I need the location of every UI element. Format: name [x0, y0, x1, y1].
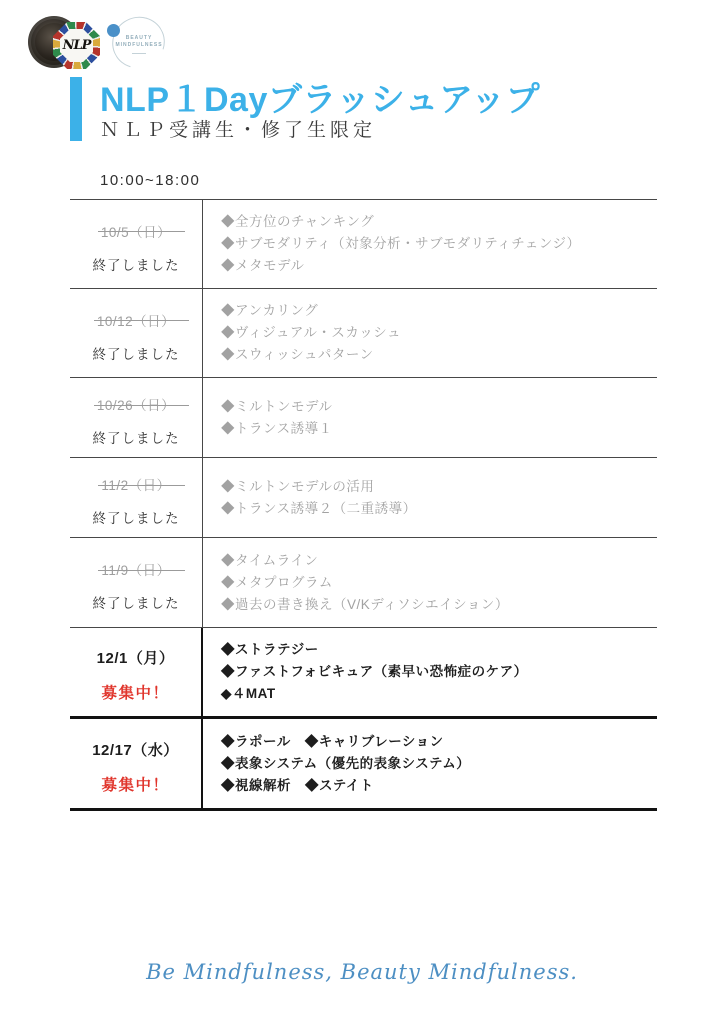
topic-line: ◆タイムライン	[221, 550, 651, 572]
row-status: 募集中！	[101, 773, 169, 795]
row-date: 12/1（月）	[97, 647, 175, 668]
title-accent-bar	[70, 77, 82, 141]
row-topics: ◆ミルトンモデル◆トランス誘導１	[203, 378, 657, 457]
topic-line: ◆メタモデル	[221, 255, 651, 277]
row-topics: ◆ストラテジー◆ファストフォビキュア（素早い恐怖症のケア）◆４MAT	[203, 628, 657, 716]
topic-line: ◆アンカリング	[221, 300, 651, 322]
topic-line: ◆スウィッシュパターン	[221, 344, 651, 366]
topic-line: ◆メタプログラム	[221, 572, 651, 594]
circle-logo-text: BEAUTY MINDFULNESS	[108, 35, 170, 54]
topic-line: ◆トランス誘導２（二重誘導）	[221, 498, 651, 520]
topic-line: ◆ラポール ◆キャリブレーション	[221, 731, 651, 753]
circle-logo-line1: BEAUTY	[108, 35, 170, 42]
row-status: 募集中！	[101, 681, 169, 703]
circle-logo-divider	[132, 53, 146, 54]
row-date: 12/17（水）	[92, 739, 179, 760]
date-cell: 11/2（日） 終了しました	[70, 458, 203, 537]
page-subtitle: ＮＬＰ受講生・修了生限定	[100, 115, 376, 142]
row-status: 終了しました	[93, 254, 180, 274]
table-row: 11/2（日） 終了しました ◆ミルトンモデルの活用◆トランス誘導２（二重誘導）	[70, 458, 657, 538]
topic-line: ◆ミルトンモデルの活用	[221, 476, 651, 498]
topic-line: ◆トランス誘導１	[221, 418, 651, 440]
topic-line: ◆ヴィジュアル・スカッシュ	[221, 322, 651, 344]
row-date: 11/2（日）	[101, 474, 170, 494]
row-status: 終了しました	[93, 343, 180, 363]
table-row: 10/26（日） 終了しました ◆ミルトンモデル◆トランス誘導１	[70, 378, 657, 458]
row-date: 10/26（日）	[97, 394, 175, 414]
row-date: 11/9（日）	[101, 559, 170, 579]
topic-line: ◆ストラテジー	[221, 639, 651, 661]
topic-line: ◆表象システム（優先的表象システム）	[221, 753, 651, 775]
row-topics: ◆ミルトンモデルの活用◆トランス誘導２（二重誘導）	[203, 458, 657, 537]
nlp-monogram: NLP	[60, 29, 93, 62]
time-range: 10:00~18:00	[100, 172, 200, 189]
topic-line: ◆ミルトンモデル	[221, 396, 651, 418]
row-topics: ◆タイムライン◆メタプログラム◆過去の書き換え（V/Kディソシエイション）	[203, 538, 657, 627]
topic-line: ◆視線解析 ◆ステイト	[221, 775, 651, 797]
row-topics: ◆全方位のチャンキング◆サブモダリティ（対象分析・サブモダリティチェンジ）◆メタ…	[203, 200, 657, 288]
page-title: NLP１Dayブラッシュアップ	[100, 72, 540, 121]
row-date: 10/12（日）	[97, 310, 175, 330]
schedule-table: 10/5（日） 終了しました ◆全方位のチャンキング◆サブモダリティ（対象分析・…	[70, 199, 657, 811]
flyer-page: NLP BEAUTY MINDFULNESS NLP１Dayブラッシュアップ Ｎ…	[0, 0, 724, 1024]
row-topics: ◆ラポール ◆キャリブレーション◆表象システム（優先的表象システム）◆視線解析 …	[203, 719, 657, 808]
beauty-mindfulness-logo: BEAUTY MINDFULNESS	[107, 17, 173, 73]
nlp-association-logo: NLP	[28, 13, 104, 73]
circle-logo-line2: MINDFULNESS	[108, 42, 170, 49]
topic-line: ◆全方位のチャンキング	[221, 211, 651, 233]
date-cell: 11/9（日） 終了しました	[70, 538, 203, 627]
table-row: 11/9（日） 終了しました ◆タイムライン◆メタプログラム◆過去の書き換え（V…	[70, 538, 657, 628]
row-topics: ◆アンカリング◆ヴィジュアル・スカッシュ◆スウィッシュパターン	[203, 289, 657, 377]
date-cell: 10/5（日） 終了しました	[70, 200, 203, 288]
row-status: 終了しました	[93, 427, 180, 447]
table-row: 10/12（日） 終了しました ◆アンカリング◆ヴィジュアル・スカッシュ◆スウィ…	[70, 289, 657, 378]
topic-line: ◆４MAT	[221, 683, 651, 705]
row-status: 終了しました	[93, 592, 180, 612]
date-cell: 12/17（水） 募集中！	[70, 719, 203, 808]
table-row: 10/5（日） 終了しました ◆全方位のチャンキング◆サブモダリティ（対象分析・…	[70, 200, 657, 289]
row-status: 終了しました	[93, 507, 180, 527]
topic-line: ◆過去の書き換え（V/Kディソシエイション）	[221, 594, 651, 616]
topic-line: ◆ファストフォビキュア（素早い恐怖症のケア）	[221, 661, 651, 683]
topic-line: ◆サブモダリティ（対象分析・サブモダリティチェンジ）	[221, 233, 651, 255]
date-cell: 10/12（日） 終了しました	[70, 289, 203, 377]
table-row: 12/17（水） 募集中！ ◆ラポール ◆キャリブレーション◆表象システム（優先…	[70, 719, 657, 808]
row-date: 10/5（日）	[101, 221, 171, 241]
footer-tagline: Be Mindfulness, Beauty Mindfulness.	[0, 960, 724, 984]
date-cell: 12/1（月） 募集中！	[70, 628, 203, 716]
date-cell: 10/26（日） 終了しました	[70, 378, 203, 457]
table-row: 12/1（月） 募集中！ ◆ストラテジー◆ファストフォビキュア（素早い恐怖症のケ…	[70, 628, 657, 719]
